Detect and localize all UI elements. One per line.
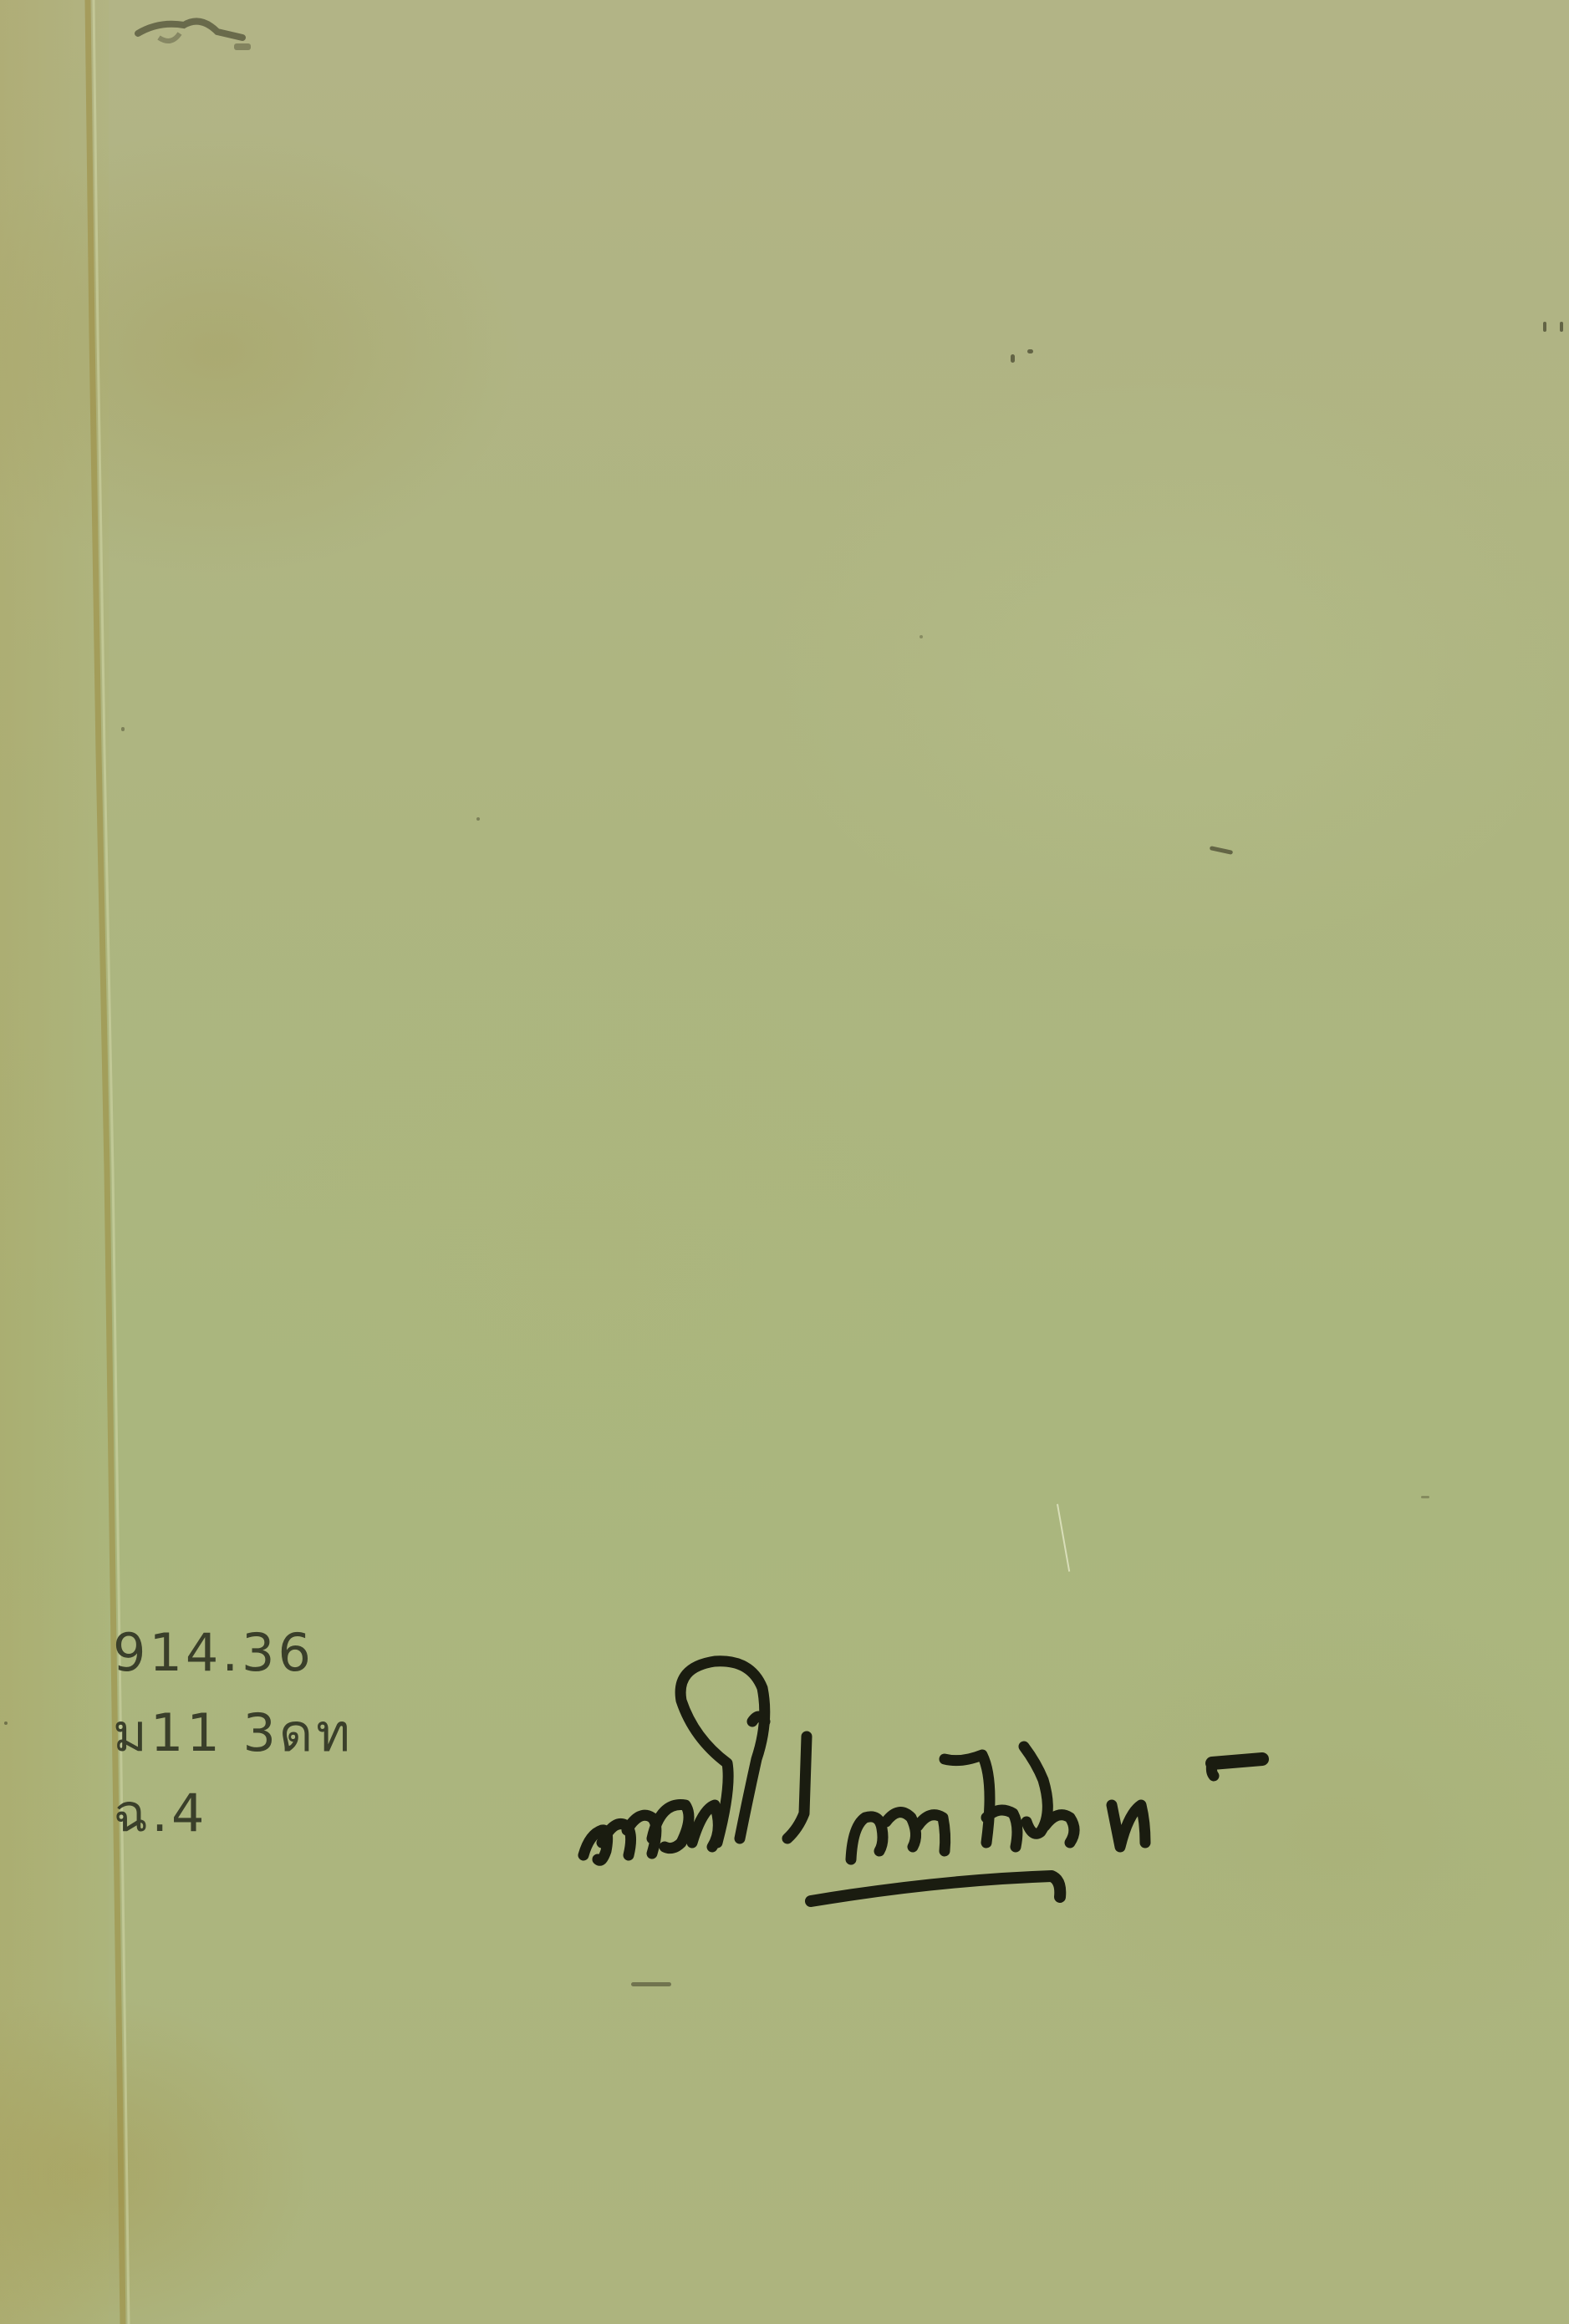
book-cover: 914.36 ม11 3ดท ฉ.4 ทวีป วรดิลก: [0, 0, 1569, 2324]
scratch: [1057, 1504, 1070, 1572]
call-number-class: 914.36: [113, 1613, 354, 1693]
spot: [919, 635, 923, 638]
spine-strip: [0, 0, 109, 2324]
spot: [121, 727, 125, 731]
spot: [1027, 349, 1033, 353]
spine-fold-line: [0, 0, 1569, 2324]
spot: [476, 817, 480, 821]
call-number-copy: ฉ.4: [113, 1773, 354, 1854]
spot: [1011, 354, 1015, 363]
spot: [234, 43, 251, 50]
library-call-number: 914.36 ม11 3ดท ฉ.4: [113, 1613, 354, 1854]
call-number-author-code: ม11 3ดท: [113, 1693, 354, 1773]
spot: [1543, 322, 1546, 332]
spot: [4, 1721, 8, 1725]
spot: [1421, 1496, 1429, 1498]
ink-smudge: [134, 8, 251, 58]
author-signature: ทวีป วรดิลก: [568, 1638, 1388, 1939]
spot: [631, 1982, 671, 1986]
spot: [1210, 846, 1233, 855]
signature-ink: [568, 1638, 1388, 1939]
spot: [1560, 322, 1563, 332]
